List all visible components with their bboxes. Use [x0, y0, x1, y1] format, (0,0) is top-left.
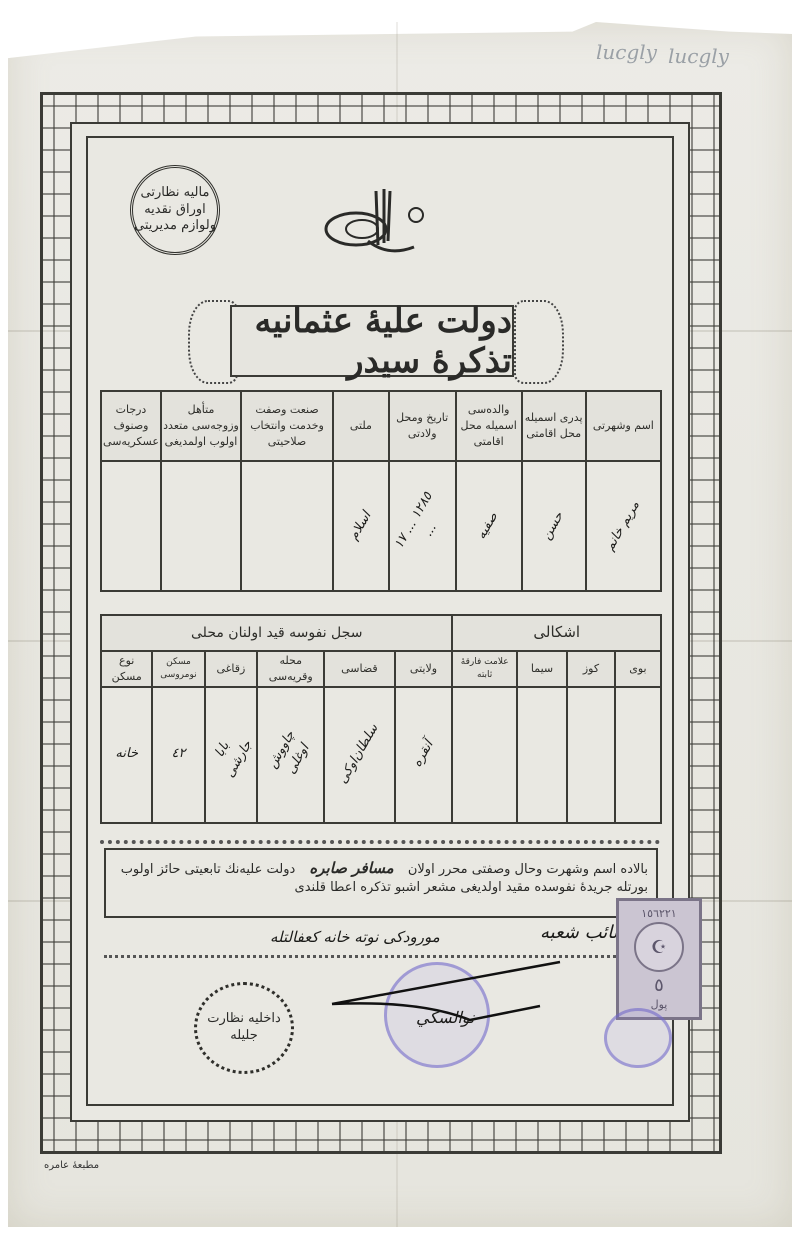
header-military: درجات وصنوف عسکریه‌سی [101, 391, 161, 461]
certification-line-2: بورتله جریدهٔ نفوسده مقید اولدیغی مشعر ا… [114, 880, 648, 895]
stamp-label: پول [651, 998, 668, 1011]
header-marital: متأهل وزوجه‌سی متعدد اولوب اولمدیغی [161, 391, 241, 461]
certification-text: بالاده اسم وشهرت وحال وصفتی محرر اولان م… [104, 848, 658, 918]
official-signature: نائب شعبه [540, 922, 618, 943]
certification-line-1: بالاده اسم وشهرت وحال وصفتی محرر اولان م… [114, 859, 648, 877]
seal-text: داخلیه نظارت جلیله [197, 1011, 291, 1045]
cell-province: آنقره [395, 687, 453, 823]
cell-house-type: خانه [101, 687, 152, 823]
cert-text: بالاده اسم وشهرت وحال وصفتی محرر اولان [408, 862, 648, 877]
header-marks: علامت فارقهٔ ثابته [452, 651, 516, 687]
header-house-type: نوع مسکن [101, 651, 152, 687]
cell-marks [452, 687, 516, 823]
header-house-number: مسکن نومروسی [152, 651, 204, 687]
cell-marital [161, 461, 241, 591]
cell-birth: ١٢٨٥ ... ١٧ ... [389, 461, 456, 591]
registry-table: اشکالی سجل نفوسه قید اولنان محلی بوی کوز… [100, 614, 662, 824]
header-occupation: صنعت وصفت وخدمت وانتخاب صلاحیتی [241, 391, 333, 461]
header-district: قضاسی [324, 651, 394, 687]
document-title: دولت علیهٔ عثمانیه تذکرهٔ سیدر [230, 305, 514, 377]
cell-quarter: چاووش اوغلی [257, 687, 324, 823]
header-quarter: محله وقریه‌سی [257, 651, 324, 687]
stamp-serial: ١٥٦٢٢١ [641, 907, 676, 920]
cell-father: حسن [522, 461, 586, 591]
header-mother: والده‌سی اسمیله محل اقامتی [456, 391, 522, 461]
official-line: مورودکی نوته خانه کعفالتله [270, 928, 440, 946]
cell-street: بابا جارشی [205, 687, 258, 823]
title-ornament-icon [514, 300, 564, 384]
header-father: پدری اسمیله محل اقامتی [522, 391, 586, 461]
header-street: زقاغی [205, 651, 258, 687]
registrar-signature: نوالسكي [416, 1008, 474, 1027]
header-name: اسم وشهرتی [586, 391, 661, 461]
seal-text: مالیه نظارتی اوراق نقدیه ولوازم مدیریتی [133, 185, 217, 236]
cell-name: مریم خانم [586, 461, 661, 591]
pencil-note: lucgly [596, 40, 657, 64]
header-eyes: کوز [567, 651, 615, 687]
holder-name: مسافر صابره [309, 859, 393, 877]
header-religion: ملتی [333, 391, 389, 461]
violet-ink-seal [604, 1008, 672, 1068]
header-birth: تاریخ ومحل ولادتی [389, 391, 456, 461]
interior-ministry-seal: داخلیه نظارت جلیله [194, 982, 294, 1074]
features-group-header: اشکالی [452, 615, 661, 651]
cert-text: دولت علیه‌نك تابعیتی حائز اولوب [121, 862, 296, 877]
stamp-value: ٥ [654, 975, 664, 996]
tughra-medallion-icon: ☪ [634, 922, 684, 972]
cell-eyes [567, 687, 615, 823]
revenue-stamp: ١٥٦٢٢١ ☪ ٥ پول [616, 898, 702, 1020]
personal-info-table: اسم وشهرتی پدری اسمیله محل اقامتی والده‌… [100, 390, 662, 592]
header-province: ولایتی [395, 651, 453, 687]
header-complexion: سیما [517, 651, 567, 687]
printer-mark: مطبعهٔ عامره [44, 1160, 99, 1171]
treasury-seal: مالیه نظارتی اوراق نقدیه ولوازم مدیریتی [130, 165, 220, 255]
header-height: بوی [615, 651, 661, 687]
cell-house-number: ٤٢ [152, 687, 204, 823]
registry-group-header: سجل نفوسه قید اولنان محلی [101, 615, 452, 651]
cell-mother: صفیه [456, 461, 522, 591]
signature-divider [104, 955, 664, 958]
pencil-note: lucgly [668, 44, 729, 68]
cell-district: سلطان‌اوکی [324, 687, 394, 823]
cell-religion: اسلام [333, 461, 389, 591]
cell-military [101, 461, 161, 591]
cell-height [615, 687, 661, 823]
cell-complexion [517, 687, 567, 823]
cell-occupation [241, 461, 333, 591]
tughra-icon [318, 185, 428, 265]
